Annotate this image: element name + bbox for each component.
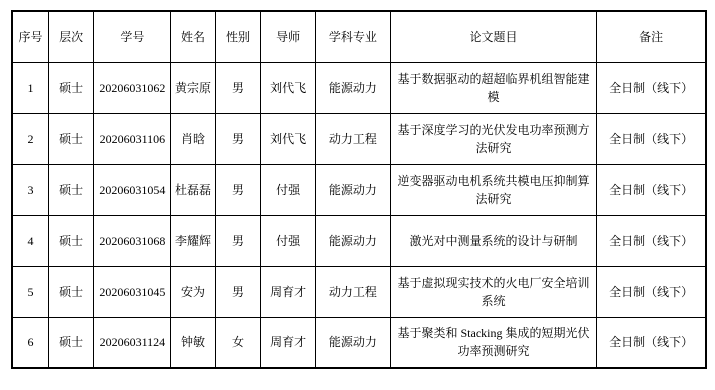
cell-gender: 男 <box>215 215 261 266</box>
cell-thesis-title: 基于深度学习的光伏发电功率预测方法研究 <box>390 113 596 164</box>
thesis-list-table: 序号 层次 学号 姓名 性别 导师 学科专业 论文题目 备注 1 硕士 2020… <box>11 10 707 369</box>
cell-thesis-title: 基于虚拟现实技术的火电厂安全培训系统 <box>390 266 596 317</box>
cell-advisor: 付强 <box>261 215 316 266</box>
cell-serial-number: 3 <box>12 164 48 215</box>
cell-level: 硕士 <box>48 317 94 368</box>
cell-remark: 全日制（线下） <box>597 266 706 317</box>
cell-serial-number: 5 <box>12 266 48 317</box>
cell-thesis-title: 逆变器驱动电机系统共模电压抑制算法研究 <box>390 164 596 215</box>
cell-student-id: 20206031045 <box>94 266 171 317</box>
cell-serial-number: 6 <box>12 317 48 368</box>
cell-advisor: 付强 <box>261 164 316 215</box>
cell-student-id: 20206031124 <box>94 317 171 368</box>
column-header-thesis-title: 论文题目 <box>390 11 596 62</box>
cell-major: 能源动力 <box>315 215 390 266</box>
cell-student-id: 20206031054 <box>94 164 171 215</box>
header-row: 序号 层次 学号 姓名 性别 导师 学科专业 论文题目 备注 <box>12 11 706 62</box>
cell-serial-number: 1 <box>12 62 48 113</box>
column-header-advisor: 导师 <box>261 11 316 62</box>
cell-student-id: 20206031068 <box>94 215 171 266</box>
cell-name: 安为 <box>171 266 216 317</box>
cell-level: 硕士 <box>48 164 94 215</box>
cell-name: 黄宗原 <box>171 62 216 113</box>
table-row: 1 硕士 20206031062 黄宗原 男 刘代飞 能源动力 基于数据驱动的超… <box>12 62 706 113</box>
cell-major: 能源动力 <box>315 62 390 113</box>
cell-major: 动力工程 <box>315 113 390 164</box>
cell-student-id: 20206031106 <box>94 113 171 164</box>
cell-thesis-title: 激光对中测量系统的设计与研制 <box>390 215 596 266</box>
cell-remark: 全日制（线下） <box>597 164 706 215</box>
cell-gender: 男 <box>215 164 261 215</box>
column-header-major: 学科专业 <box>315 11 390 62</box>
column-header-name: 姓名 <box>171 11 216 62</box>
cell-name: 肖晗 <box>171 113 216 164</box>
cell-serial-number: 4 <box>12 215 48 266</box>
cell-gender: 男 <box>215 266 261 317</box>
cell-serial-number: 2 <box>12 113 48 164</box>
cell-advisor: 周育才 <box>261 266 316 317</box>
column-header-gender: 性别 <box>215 11 261 62</box>
table-row: 4 硕士 20206031068 李耀辉 男 付强 能源动力 激光对中测量系统的… <box>12 215 706 266</box>
cell-student-id: 20206031062 <box>94 62 171 113</box>
cell-gender: 男 <box>215 113 261 164</box>
table-row: 5 硕士 20206031045 安为 男 周育才 动力工程 基于虚拟现实技术的… <box>12 266 706 317</box>
cell-thesis-title: 基于数据驱动的超超临界机组智能建模 <box>390 62 596 113</box>
cell-advisor: 刘代飞 <box>261 62 316 113</box>
cell-major: 能源动力 <box>315 164 390 215</box>
cell-level: 硕士 <box>48 113 94 164</box>
column-header-serial: 序号 <box>12 11 48 62</box>
cell-level: 硕士 <box>48 215 94 266</box>
cell-name: 杜磊磊 <box>171 164 216 215</box>
table-row: 6 硕士 20206031124 钟敏 女 周育才 能源动力 基于聚类和 Sta… <box>12 317 706 368</box>
cell-gender: 女 <box>215 317 261 368</box>
cell-name: 李耀辉 <box>171 215 216 266</box>
cell-remark: 全日制（线下） <box>597 113 706 164</box>
cell-level: 硕士 <box>48 62 94 113</box>
cell-name: 钟敏 <box>171 317 216 368</box>
table-row: 3 硕士 20206031054 杜磊磊 男 付强 能源动力 逆变器驱动电机系统… <box>12 164 706 215</box>
cell-thesis-title: 基于聚类和 Stacking 集成的短期光伏功率预测研究 <box>390 317 596 368</box>
cell-remark: 全日制（线下） <box>597 215 706 266</box>
cell-level: 硕士 <box>48 266 94 317</box>
column-header-remark: 备注 <box>597 11 706 62</box>
cell-advisor: 周育才 <box>261 317 316 368</box>
column-header-student-id: 学号 <box>94 11 171 62</box>
cell-remark: 全日制（线下） <box>597 62 706 113</box>
table-row: 2 硕士 20206031106 肖晗 男 刘代飞 动力工程 基于深度学习的光伏… <box>12 113 706 164</box>
cell-major: 动力工程 <box>315 266 390 317</box>
cell-gender: 男 <box>215 62 261 113</box>
cell-remark: 全日制（线下） <box>597 317 706 368</box>
column-header-level: 层次 <box>48 11 94 62</box>
cell-major: 能源动力 <box>315 317 390 368</box>
cell-advisor: 刘代飞 <box>261 113 316 164</box>
